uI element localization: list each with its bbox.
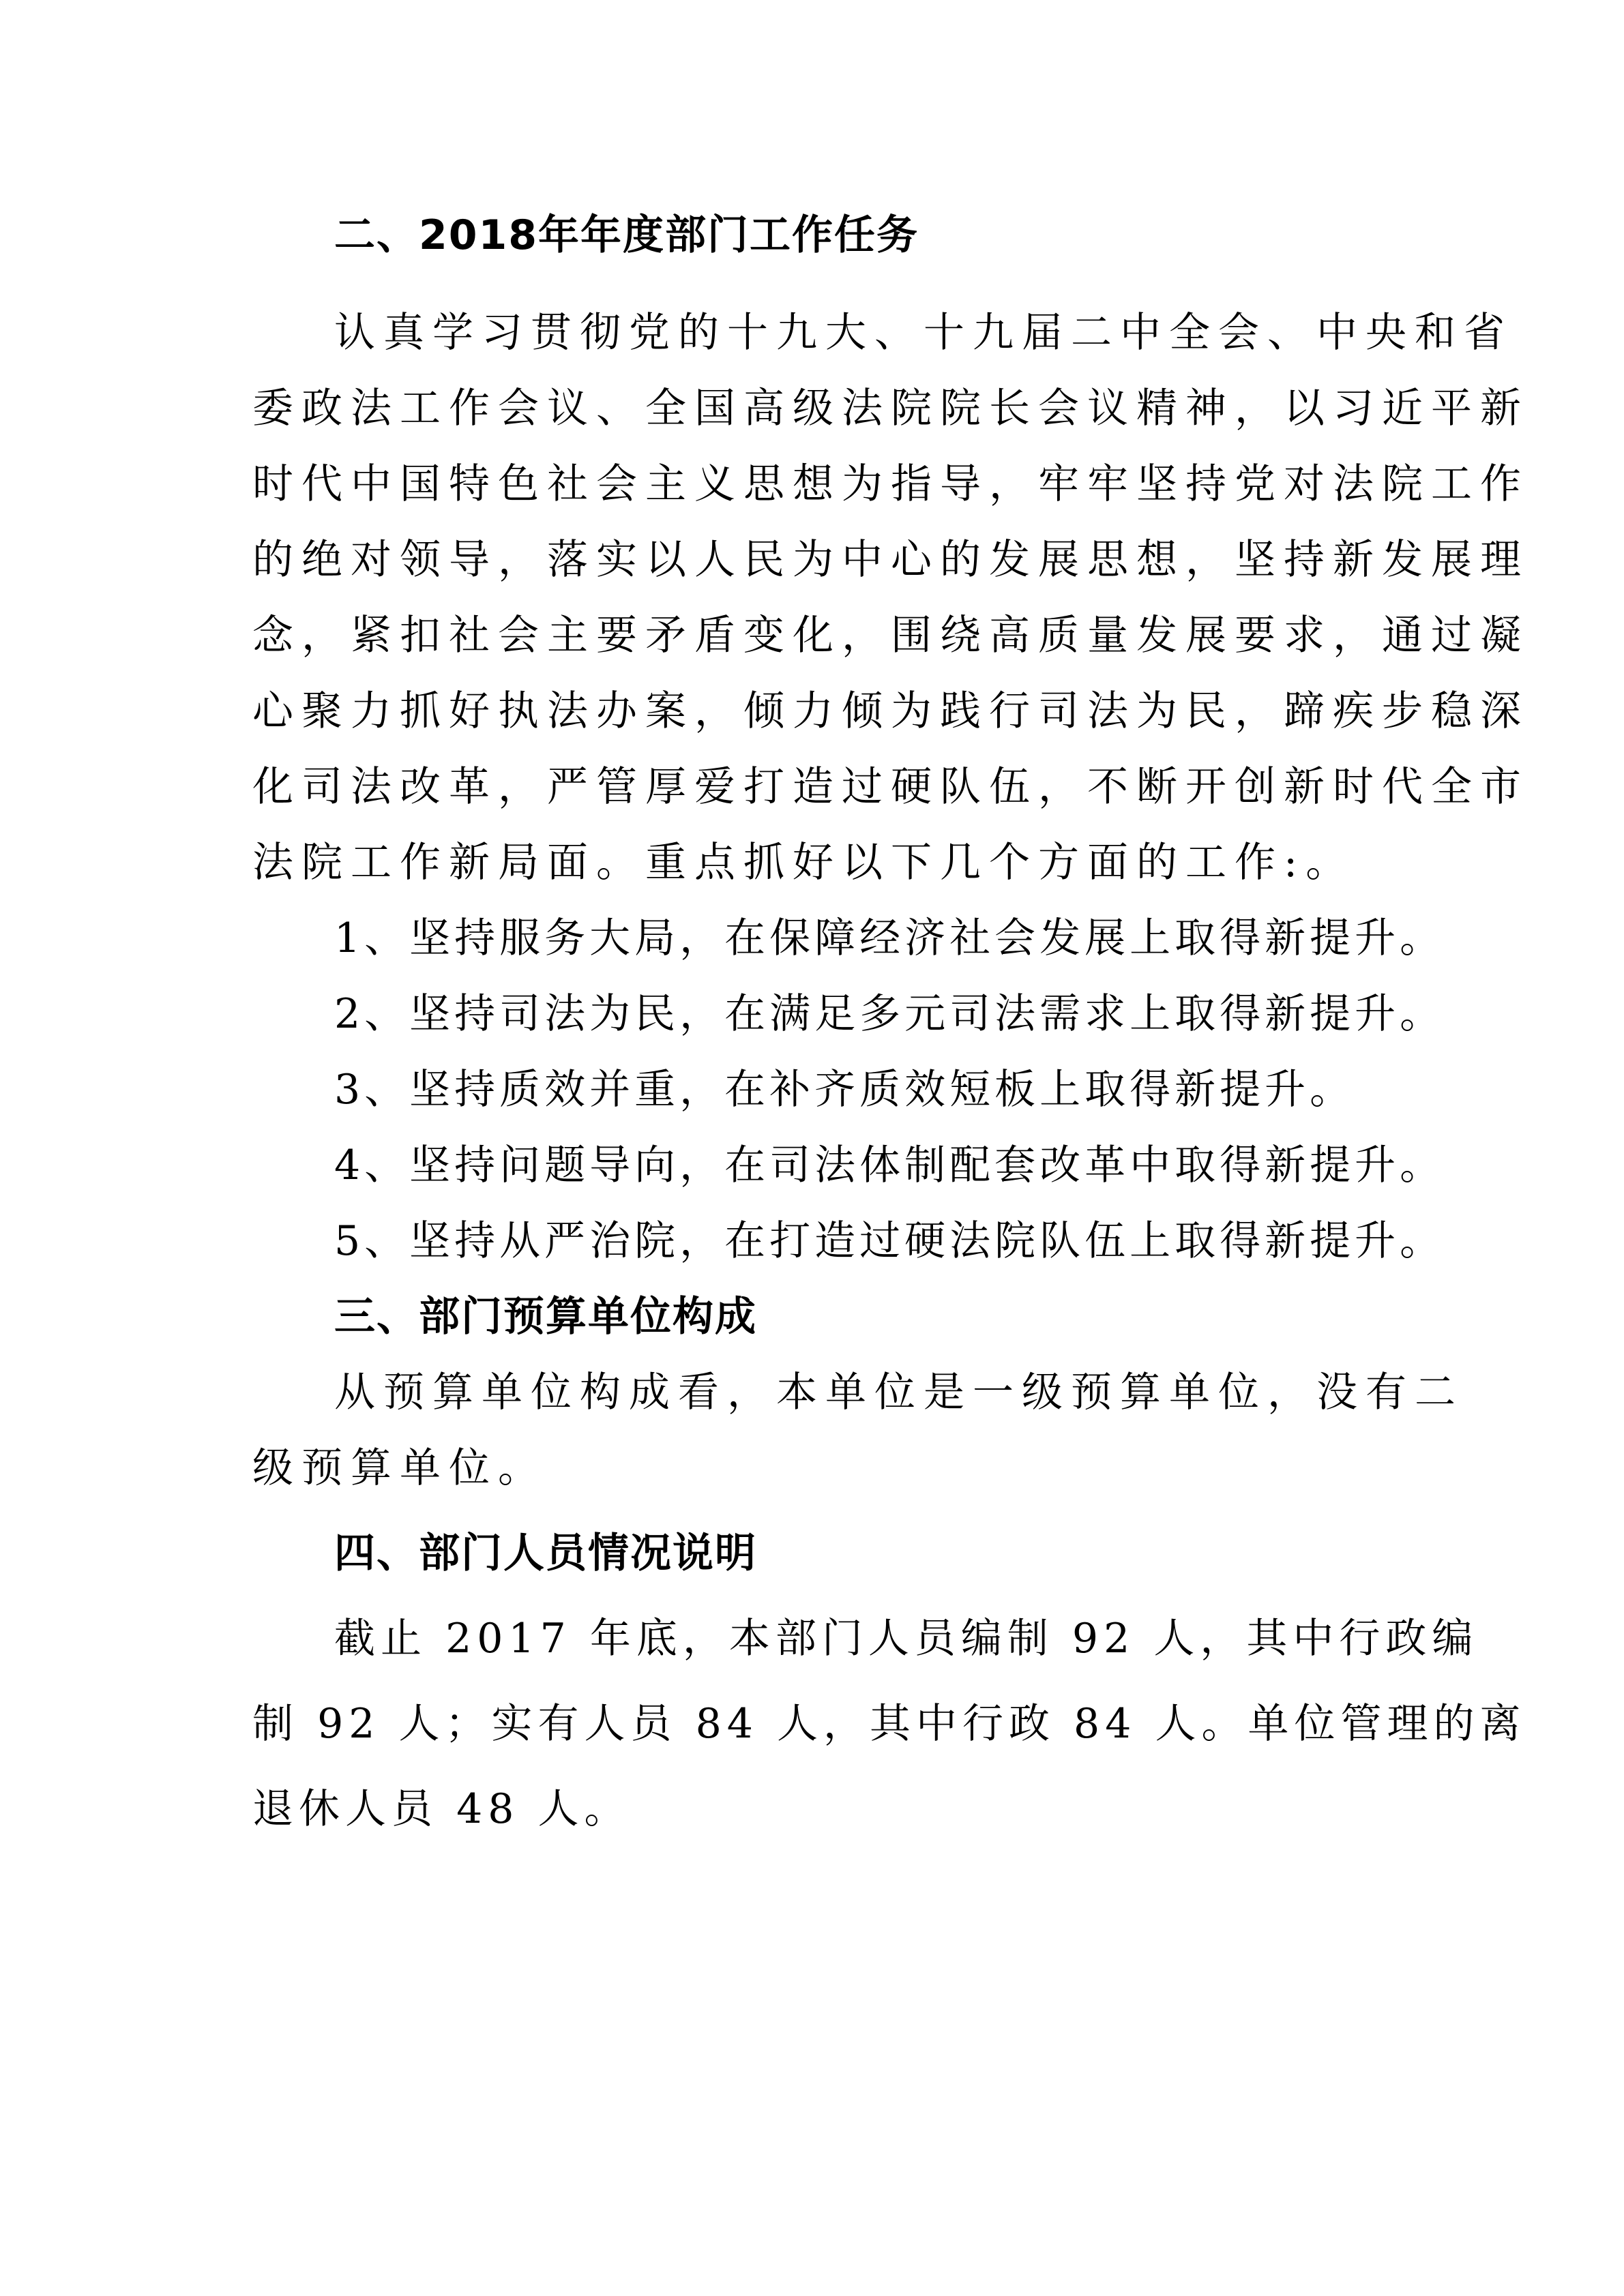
paragraph-line: 认真学习贯彻党的十九大、十九届二中全会、中央和省	[334, 305, 1513, 360]
paragraph-line: 级预算单位。	[252, 1441, 547, 1495]
document-page: 二、2018年年度部门工作任务 认真学习贯彻党的十九大、十九届二中全会、中央和省…	[0, 0, 1624, 2296]
section-heading-work-tasks: 二、2018年年度部门工作任务	[334, 208, 919, 263]
list-item-3: 3、坚持质效并重，在补齐质效短板上取得新提升。	[334, 1062, 1355, 1117]
list-item-2: 2、坚持司法为民，在满足多元司法需求上取得新提升。	[334, 987, 1445, 1041]
list-item-1: 1、坚持服务大局，在保障经济社会发展上取得新提升。	[334, 911, 1445, 966]
section-heading-staff: 四、部门人员情况说明	[334, 1526, 757, 1581]
paragraph-line: 心聚力抓好执法办案，倾力倾为践行司法为民，蹄疾步稳深	[252, 684, 1529, 739]
list-item-4: 4、坚持问题导向，在司法体制配套改革中取得新提升。	[334, 1138, 1445, 1193]
paragraph-line: 化司法改革，严管厚爱打造过硬队伍，不断开创新时代全市	[252, 760, 1529, 814]
paragraph-line: 委政法工作会议、全国高级法院院长会议精神，以习近平新	[252, 381, 1529, 436]
paragraph-line: 从预算单位构成看，本单位是一级预算单位，没有二	[334, 1365, 1464, 1420]
list-item-5: 5、坚持从严治院，在打造过硬法院队伍上取得新提升。	[334, 1214, 1445, 1268]
paragraph-line: 截止 2017 年底，本部门人员编制 92 人，其中行政编	[334, 1611, 1478, 1666]
paragraph-line: 制 92 人；实有人员 84 人，其中行政 84 人。单位管理的离	[252, 1697, 1526, 1751]
paragraph-line: 法院工作新局面。重点抓好以下几个方面的工作:。	[252, 835, 1355, 890]
paragraph-line: 念，紧扣社会主要矛盾变化，围绕高质量发展要求，通过凝	[252, 608, 1529, 663]
section-heading-budget-units: 三、部门预算单位构成	[334, 1289, 757, 1344]
paragraph-line: 时代中国特色社会主义思想为指导，牢牢坚持党对法院工作	[252, 457, 1529, 511]
paragraph-line: 的绝对领导，落实以人民为中心的发展思想，坚持新发展理	[252, 533, 1529, 587]
paragraph-line: 退休人员 48 人。	[252, 1782, 631, 1836]
